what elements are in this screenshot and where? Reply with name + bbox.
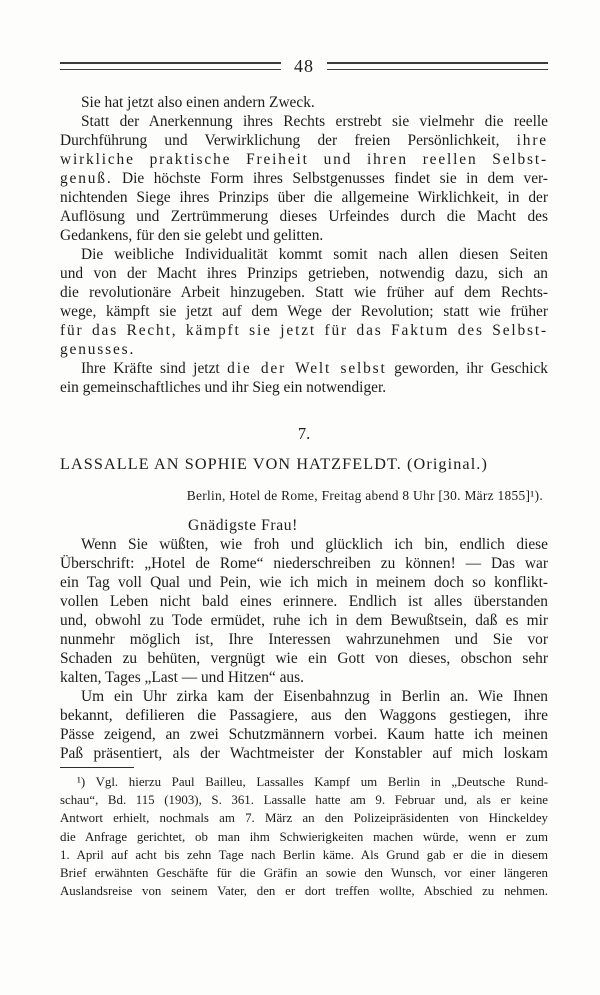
text-segment: die revolutionäre Arbeit hinzugeben. Sta… <box>60 284 548 301</box>
text-line: ¹) Vgl. hierzu Paul Bailleu, Lassalles K… <box>60 773 548 791</box>
text-line: Antwort erhielt, nochmals am 7. März an … <box>60 809 548 827</box>
text-line: bekannt, defilieren die Passagiere, aus … <box>60 706 548 725</box>
text-segment: nunmehr möglich ist, Ihre Interessen wah… <box>60 631 548 648</box>
text-segment: Gedankens, für den sie gelebt und gelitt… <box>60 227 323 244</box>
text-line: Pässe zeigend, an zwei Schutzmännern vor… <box>60 725 548 744</box>
text-segment: die Anfrage gerichtet, ob man ihm Schwie… <box>60 830 548 844</box>
emphasized-text: für das Recht, kämpft sie jetzt für das … <box>60 322 548 339</box>
text-segment: nichtenden Siege ihres Prinzips über die… <box>60 189 548 206</box>
footnote: ¹) Vgl. hierzu Paul Bailleu, Lassalles K… <box>60 773 548 900</box>
text-line: genusses. <box>60 340 548 359</box>
text-line: ein gemeinschaftliches und ihr Sieg ein … <box>60 378 548 397</box>
text-line: für das Recht, kämpft sie jetzt für das … <box>60 321 548 340</box>
footnote-separator <box>60 767 134 768</box>
text-segment: schau“, Bd. 115 (1903), S. 361. Lassalle… <box>60 793 548 807</box>
text-segment: Ihre Kräfte sind jetzt <box>81 360 227 377</box>
text-line: Ihre Kräfte sind jetzt die der Welt selb… <box>60 359 548 378</box>
text-segment: wege, kämpft sie jetzt auf dem Wege der … <box>60 303 548 320</box>
text-segment: ein gemeinschaftliches und ihr Sieg ein … <box>60 379 386 396</box>
text-line: nunmehr möglich ist, Ihre Interessen wah… <box>60 630 548 649</box>
text-line: schau“, Bd. 115 (1903), S. 361. Lassalle… <box>60 791 548 809</box>
text-segment: Brief erwähnten Geschäfte für die Gräfin… <box>60 866 548 880</box>
text-line: Auflösung und Zertrümmerung dieses Urfei… <box>60 207 548 226</box>
text-segment: Schaden zu behüten, vergnügt wie ein Got… <box>60 650 548 667</box>
text-line: Durchführung und Verwirklichung der frei… <box>60 131 548 150</box>
text-segment: geworden, ihr Geschick <box>387 360 548 377</box>
text-line: Paß präsentiert, als der Wachtmeister de… <box>60 744 548 763</box>
text-line: nichtenden Siege ihres Prinzips über die… <box>60 188 548 207</box>
intro-section: Sie hat jetzt also einen andern Zweck.St… <box>60 93 548 397</box>
text-line: Statt der Anerkennung ihres Rechts erstr… <box>60 112 548 131</box>
text-segment: und, obwohl zu Tode ermüdet, ruhe ich in… <box>60 612 548 629</box>
text-segment: Überschrift: „Hotel de Rome“ niederschre… <box>60 555 548 572</box>
text-line: ein Tag voll Qual und Pein, wie ich mich… <box>60 573 548 592</box>
text-segment: ein Tag voll Qual und Pein, wie ich mich… <box>60 574 548 591</box>
page-number: 48 <box>294 56 314 76</box>
text-segment: Durchführung und Verwirklichung der frei… <box>60 132 517 149</box>
text-line: die Anfrage gerichtet, ob man ihm Schwie… <box>60 828 548 846</box>
text-segment: Die weibliche Individualität kommt somit… <box>81 246 548 263</box>
text-segment: kalten, Tages „Last — und Hitzen“ aus. <box>60 669 304 686</box>
text-segment: Antwort erhielt, nochmals am 7. März an … <box>60 811 548 825</box>
paragraph: Statt der Anerkennung ihres Rechts erstr… <box>60 112 548 245</box>
paragraph: Um ein Uhr zirka kam der Eisenbahnzug in… <box>60 687 548 763</box>
text-segment: vollen Leben nicht bald eines erinnere. … <box>60 593 548 610</box>
text-line: Schaden zu behüten, vergnügt wie ein Got… <box>60 649 548 668</box>
text-line: Überschrift: „Hotel de Rome“ niederschre… <box>60 554 548 573</box>
text-segment: und von der Macht ihres Prinzips getrieb… <box>60 265 548 282</box>
text-line: Gedankens, für den sie gelebt und gelitt… <box>60 226 548 245</box>
paragraph: Sie hat jetzt also einen andern Zweck. <box>60 93 548 112</box>
section-number: 7. <box>60 424 548 443</box>
text-line: 1. April auf acht bis zehn Tage nach Ber… <box>60 846 548 864</box>
text-segment: Sie hat jetzt also einen andern Zweck. <box>81 94 315 111</box>
letter-body: Wenn Sie wüßten, wie froh und glücklich … <box>60 535 548 763</box>
text-segment: Auflösung und Zertrümmerung dieses Urfei… <box>60 208 548 225</box>
text-line: Wenn Sie wüßten, wie froh und glücklich … <box>60 535 548 554</box>
emphasized-text: genuß. <box>60 170 113 187</box>
text-line: Die weibliche Individualität kommt somit… <box>60 245 548 264</box>
text-segment: Pässe zeigend, an zwei Schutzmännern vor… <box>60 726 548 743</box>
text-line: und, obwohl zu Tode ermüdet, ruhe ich in… <box>60 611 548 630</box>
text-line: wege, kämpft sie jetzt auf dem Wege der … <box>60 302 548 321</box>
page-content: 48 Sie hat jetzt also einen andern Zweck… <box>60 56 548 900</box>
emphasized-text: wirkliche praktische Freiheit und ihren … <box>60 151 548 168</box>
text-line: kalten, Tages „Last — und Hitzen“ aus. <box>60 668 548 687</box>
letter-dateline: Berlin, Hotel de Rome, Freitag abend 8 U… <box>60 488 548 504</box>
text-segment: Statt der Anerkennung ihres Rechts erstr… <box>81 113 548 130</box>
text-segment: Wenn Sie wüßten, wie froh und glücklich … <box>81 536 548 553</box>
text-segment: Paß präsentiert, als der Wachtmeister de… <box>60 745 548 762</box>
emphasized-text: die der Welt selbst <box>227 360 386 377</box>
text-line: wirkliche praktische Freiheit und ihren … <box>60 150 548 169</box>
letter-salutation: Gnädigste Frau! <box>188 517 548 535</box>
text-line: Auslandsreise von seinem Vater, den er d… <box>60 882 548 900</box>
text-segment: Auslandsreise von seinem Vater, den er d… <box>60 884 548 898</box>
text-line: Um ein Uhr zirka kam der Eisenbahnzug in… <box>60 687 548 706</box>
text-segment: Die höchste Form ihres Selbstgenusses fi… <box>113 170 548 187</box>
paragraph: Wenn Sie wüßten, wie froh und glücklich … <box>60 535 548 687</box>
text-segment: 1. April auf acht bis zehn Tage nach Ber… <box>60 848 548 862</box>
paragraph: Die weibliche Individualität kommt somit… <box>60 245 548 359</box>
text-line: Sie hat jetzt also einen andern Zweck. <box>60 93 548 112</box>
text-segment: bekannt, defilieren die Passagiere, aus … <box>60 707 548 724</box>
emphasized-text: ihre <box>517 132 548 149</box>
letter-heading: LASSALLE AN SOPHIE VON HATZFELDT. (Origi… <box>60 455 548 474</box>
text-segment: Um ein Uhr zirka kam der Eisenbahnzug in… <box>81 688 548 705</box>
text-line: die revolutionäre Arbeit hinzugeben. Sta… <box>60 283 548 302</box>
paragraph: ¹) Vgl. hierzu Paul Bailleu, Lassalles K… <box>60 773 548 900</box>
header-rule-right <box>327 62 548 70</box>
text-line: genuß. Die höchste Form ihres Selbstgenu… <box>60 169 548 188</box>
text-line: und von der Macht ihres Prinzips getrieb… <box>60 264 548 283</box>
paragraph: Ihre Kräfte sind jetzt die der Welt selb… <box>60 359 548 397</box>
header-rule-left <box>60 62 281 70</box>
text-line: Brief erwähnten Geschäfte für die Gräfin… <box>60 864 548 882</box>
text-line: vollen Leben nicht bald eines erinnere. … <box>60 592 548 611</box>
book-page: 48 Sie hat jetzt also einen andern Zweck… <box>0 0 600 995</box>
text-segment: ¹) Vgl. hierzu Paul Bailleu, Lassalles K… <box>77 775 548 789</box>
running-head: 48 <box>60 56 548 76</box>
emphasized-text: genusses. <box>60 341 135 358</box>
